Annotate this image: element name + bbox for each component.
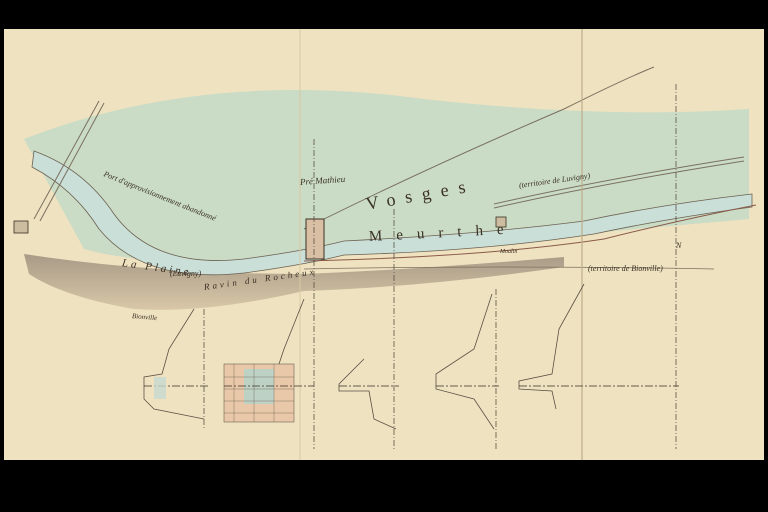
label-territoire-bionville: (territoire de Bionville)	[588, 264, 663, 273]
label-n-marker: N	[676, 241, 681, 250]
label-luvigny: (Luvigny)	[170, 269, 201, 278]
map-sheet: Vosges Meurthe La Plaine Ravin du Rocheu…	[4, 29, 764, 460]
label-moulin: Moulin	[500, 249, 517, 255]
